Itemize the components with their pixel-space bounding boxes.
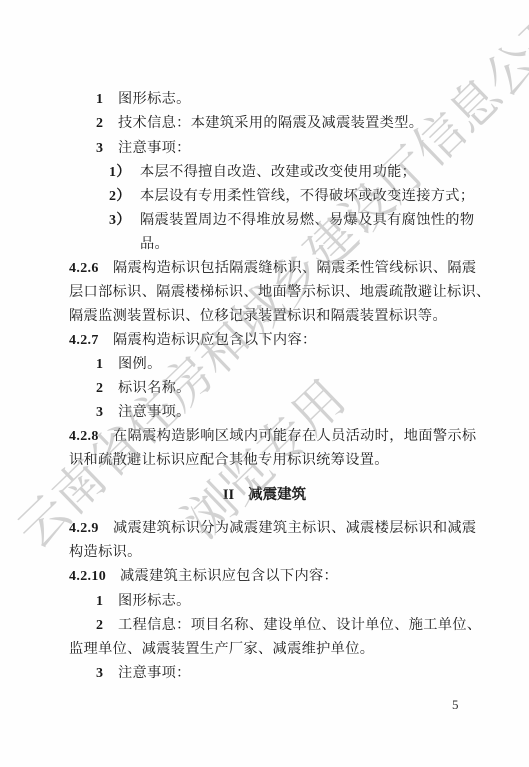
item-number: 3 [96, 404, 118, 422]
item-number: 2 [96, 380, 118, 398]
clause-number: 4.2.10 [69, 568, 120, 586]
list-item: 3注意事项： [96, 664, 191, 683]
sub-item-number: 1） [109, 164, 140, 182]
clause-4-2-9: 4.2.9减震建筑标识分为减震建筑主标识、减震楼层标识和减震 [69, 519, 476, 538]
sub-item-number: 2） [109, 188, 140, 206]
clause-text: 在隔震构造影响区域内可能存在人员活动时，地面警示标 [113, 427, 476, 445]
item-text: 注意事项。 [118, 403, 191, 421]
list-item: 1图例。 [96, 355, 162, 374]
clause-4-2-7: 4.2.7隔震构造标识应包含以下内容： [69, 331, 317, 350]
clause-text: 隔震构造标识应包含以下内容： [113, 331, 317, 349]
item-text: 图形标志。 [118, 592, 191, 610]
list-item: 1图形标志。 [96, 592, 191, 611]
list-item: 2标识名称。 [96, 379, 191, 398]
page-number: 5 [452, 697, 459, 713]
clause-number: 4.2.7 [69, 332, 113, 350]
sub-list-item: 3）隔震装置周边不得堆放易燃、易爆及具有腐蚀性的物 [109, 211, 474, 230]
list-item: 1图形标志。 [96, 90, 191, 109]
sub-item-text: 本层设有专用柔性管线，不得破坏或改变连接方式； [140, 187, 474, 205]
item-number: 2 [96, 617, 118, 635]
item-text: 图形标志。 [118, 90, 191, 108]
sub-item-continuation: 品。 [140, 235, 169, 253]
item-text: 技术信息：本建筑采用的隔震及减震装置类型。 [118, 114, 423, 132]
clause-text: 减震建筑标识分为减震建筑主标识、减震楼层标识和减震 [113, 519, 476, 537]
clause-4-2-6: 4.2.6隔震构造标识包括隔震缝标识、隔震柔性管线标识、隔震 [69, 259, 476, 278]
item-text: 注意事项： [118, 664, 191, 682]
sub-item-text: 隔震装置周边不得堆放易燃、易爆及具有腐蚀性的物 [140, 211, 474, 229]
list-item: 3注意事项： [96, 139, 191, 158]
sub-item-text: 本层不得擅自改造、改建或改变使用功能； [140, 163, 416, 181]
clause-text: 隔震构造标识包括隔震缝标识、隔震柔性管线标识、隔震 [113, 259, 476, 277]
item-number: 1 [96, 356, 118, 374]
clause-line: 构造标识。 [69, 543, 142, 561]
sub-item-number: 3） [109, 212, 140, 230]
item-text: 工程信息：项目名称、建设单位、设计单位、施工单位、 [118, 616, 481, 634]
section-roman-numeral: II [223, 487, 234, 503]
section-heading: II减震建筑 [0, 486, 529, 504]
section-title: 减震建筑 [248, 486, 306, 503]
item-continuation: 监理单位、减震装置生产厂家、减震维护单位。 [69, 640, 374, 658]
sub-list-item: 1）本层不得擅自改造、改建或改变使用功能； [109, 163, 416, 182]
list-item: 2技术信息：本建筑采用的隔震及减震装置类型。 [96, 114, 423, 133]
item-number: 3 [96, 140, 118, 158]
clause-number: 4.2.6 [69, 260, 113, 278]
clause-line: 层口部标识、隔震楼梯标识、地面警示标识、地震疏散避让标识、 [69, 283, 491, 301]
watermark-line-1: 云南省住房和城乡建设厅信息公开 [0, 0, 529, 562]
clause-number: 4.2.8 [69, 428, 113, 446]
clause-line: 识和疏散避让标识应配合其他专用标识统筹设置。 [69, 451, 389, 469]
item-number: 3 [96, 665, 118, 683]
item-number: 2 [96, 115, 118, 133]
clause-text: 减震建筑主标识应包含以下内容： [120, 567, 338, 585]
item-number: 1 [96, 91, 118, 109]
clause-line: 隔震监测装置标识、位移记录装置标识和隔震装置标识等。 [69, 307, 447, 325]
clause-number: 4.2.9 [69, 520, 113, 538]
item-text: 注意事项： [118, 139, 191, 157]
item-text: 标识名称。 [118, 379, 191, 397]
list-item: 2工程信息：项目名称、建设单位、设计单位、施工单位、 [96, 616, 481, 635]
document-page: 1图形标志。 2技术信息：本建筑采用的隔震及减震装置类型。 3注意事项： 1）本… [0, 0, 529, 767]
item-number: 1 [96, 593, 118, 611]
list-item: 3注意事项。 [96, 403, 191, 422]
clause-4-2-8: 4.2.8在隔震构造影响区域内可能存在人员活动时，地面警示标 [69, 427, 476, 446]
item-text: 图例。 [118, 355, 162, 373]
clause-4-2-10: 4.2.10减震建筑主标识应包含以下内容： [69, 567, 338, 586]
sub-list-item: 2）本层设有专用柔性管线，不得破坏或改变连接方式； [109, 187, 474, 206]
